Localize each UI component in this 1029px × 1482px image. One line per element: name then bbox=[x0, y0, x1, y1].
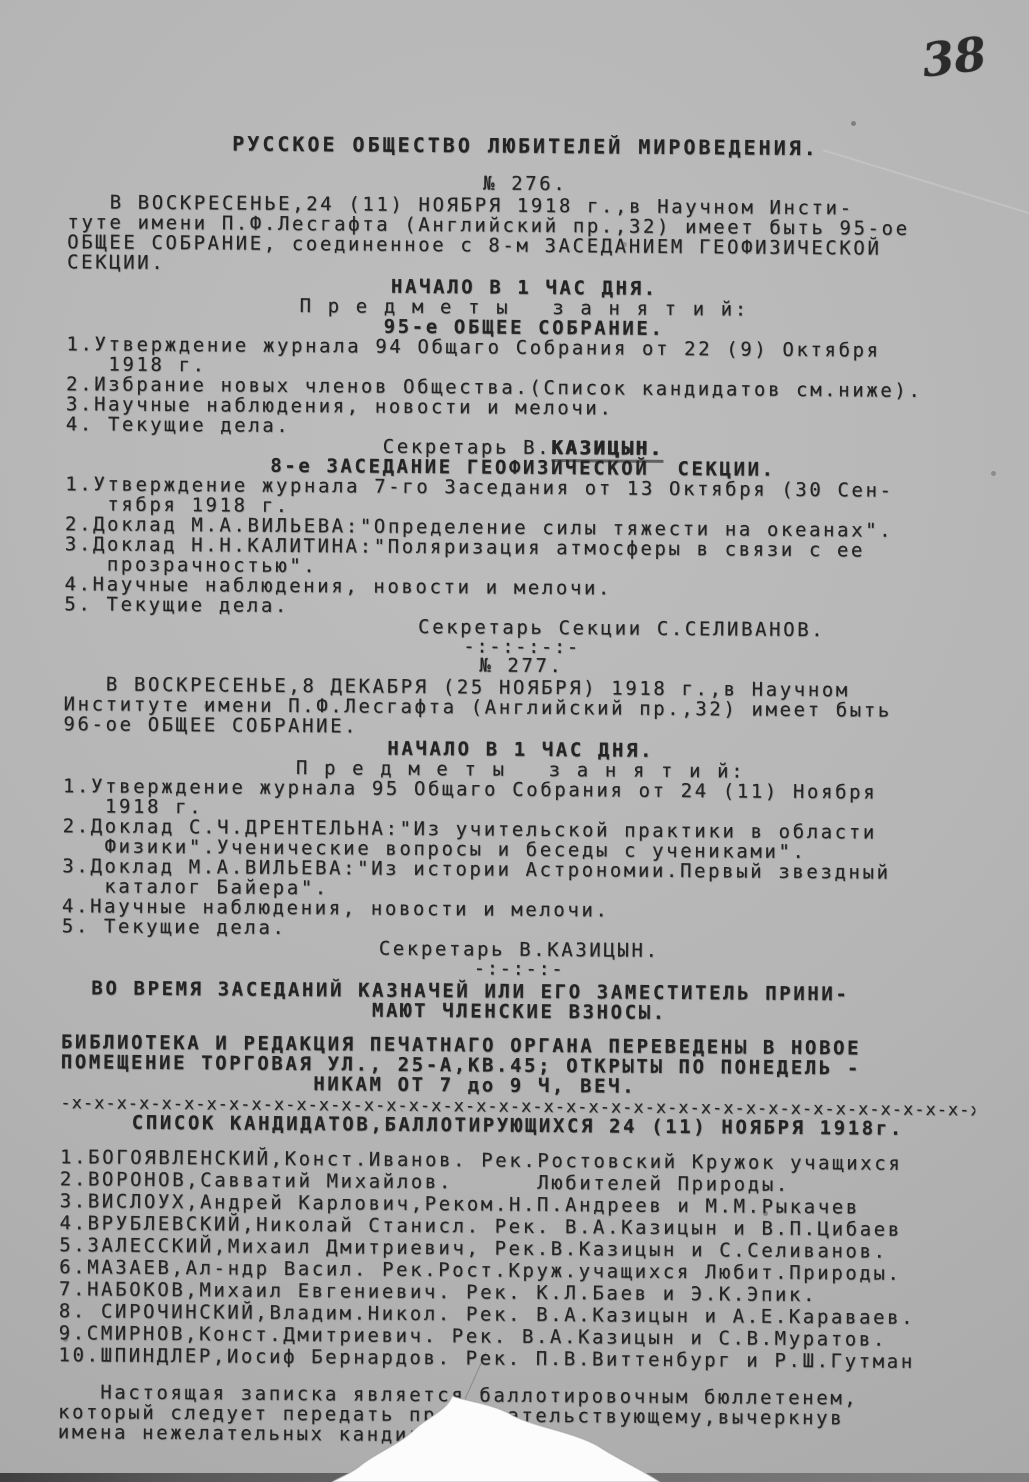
society-title: РУССКОЕ ОБЩЕСТВО ЛЮБИТЕЛЕЙ МИРОВЕДЕНИЯ. bbox=[68, 132, 983, 159]
candidates-list: 1.БОГОЯВЛЕНСКИЙ,Конст.Иванов. Рек.Ростов… bbox=[58, 1146, 975, 1373]
notice-277-intro: В ВОСКРЕСЕНЬЕ,8 ДЕКАБРЯ (25 НОЯБРЯ) 1918… bbox=[63, 674, 978, 741]
dues-announcement: ВО ВРЕМЯ ЗАСЕДАНИЙ КАЗНАЧЕЙ ИЛИ ЕГО ЗАМЕ… bbox=[91, 978, 976, 1025]
typewritten-sheet: РУССКОЕ ОБЩЕСТВО ЛЮБИТЕЛЕЙ МИРОВЕДЕНИЯ. … bbox=[0, 0, 1029, 1450]
notice-277: № 277. В ВОСКРЕСЕНЬЕ,8 ДЕКАБРЯ (25 НОЯБР… bbox=[61, 652, 979, 981]
document-scan: 38 РУССКОЕ ОБЩЕСТВО ЛЮБИТЕЛЕЙ МИРОВЕДЕНИ… bbox=[0, 0, 1029, 1482]
library-announcement: БИБЛИОТЕКА И РЕДАКЦИЯ ПЕЧАТНАГО ОРГАНА П… bbox=[61, 1032, 976, 1099]
paper-tear-hole bbox=[330, 1392, 680, 1482]
notice-276-intro: В ВОСКРЕСЕНЬЕ,24 (11) НОЯБРЯ 1918 г.,в Н… bbox=[67, 192, 983, 279]
notice-276: № 276. В ВОСКРЕСЕНЬЕ,24 (11) НОЯБРЯ 1918… bbox=[64, 170, 983, 659]
